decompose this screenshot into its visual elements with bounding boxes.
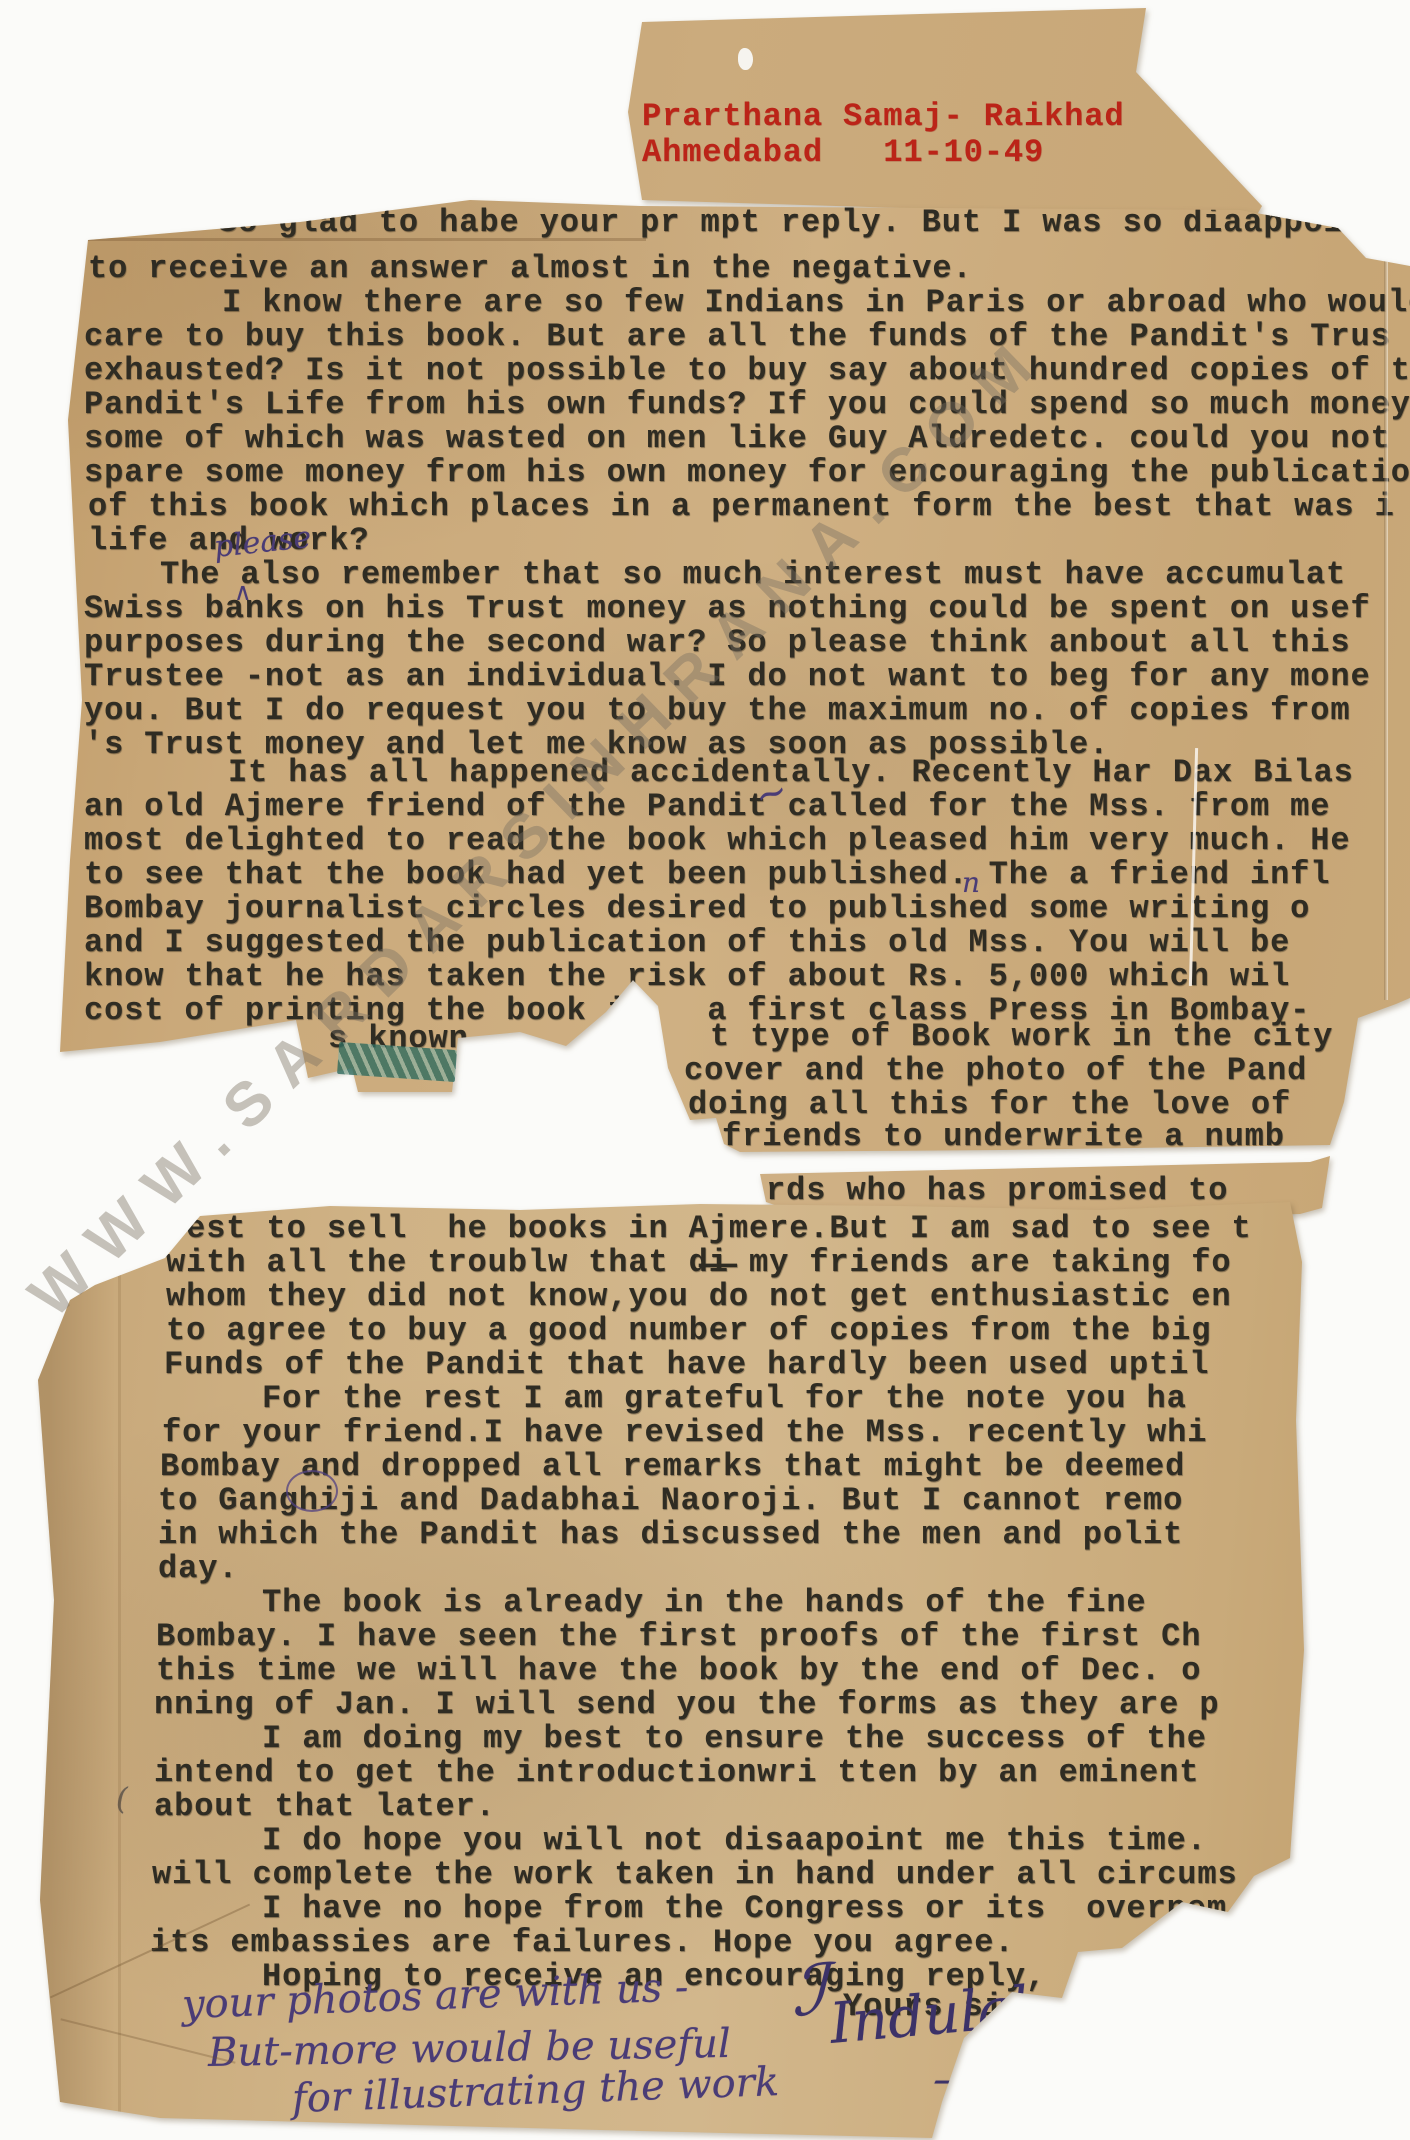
handwritten-note: But-more would be useful	[208, 2021, 732, 2076]
typed-closing: Yours sinc	[843, 1990, 1044, 2024]
paper-fragment-main: So glad to habe your pr mpt reply. But I…	[0, 0, 1410, 2140]
typed-line: I do hope you will not disaapoint me thi…	[262, 1824, 1207, 1858]
typed-line: whom they did not know,you do not get en…	[166, 1280, 1231, 1314]
typed-line: most delighted to read the book which pl…	[84, 824, 1351, 858]
stamp-line-2: Ahmedabad 11-10-49	[642, 136, 1044, 170]
fold-line	[86, 238, 646, 241]
stamp-line-1: Prarthana Samaj- Raikhad	[642, 100, 1124, 134]
typed-line: for your friend.I have revised the Mss. …	[162, 1416, 1207, 1450]
typed-line: Funds of the Pandit that have hardly bee…	[164, 1348, 1209, 1382]
handwritten-insert: please	[212, 520, 313, 565]
typed-line: with all the troublw that d̶i̶ my friend…	[166, 1246, 1231, 1280]
typed-line: you. But I do request you to buy the max…	[84, 694, 1351, 728]
typed-line: of this book which places in a permanent…	[88, 490, 1395, 524]
signature: Indulal	[827, 1975, 1031, 2057]
typed-line: Pandit's Life from his own funds? If you…	[84, 388, 1410, 422]
tape-fragment	[337, 1042, 457, 1082]
typed-line: I know there are so few Indians in Paris…	[222, 286, 1410, 320]
typed-line: I have no hope from the Congress or its …	[262, 1892, 1227, 1926]
handwritten-squiggle: ~	[749, 767, 793, 819]
typed-line: The book is already in the hands of the …	[262, 1586, 1147, 1620]
signature-dash: —	[930, 2054, 1044, 2105]
handwritten-caret: ∧	[234, 578, 252, 606]
typed-line: in which the Pandit has discussed the me…	[158, 1518, 1183, 1552]
watermark: WWW.SARDARSINHRANA.COM	[15, 319, 1060, 1331]
signature-flourish: ℐ	[792, 1948, 826, 2032]
typed-line: know that he has taken the risk of about…	[84, 960, 1290, 994]
paper-fragment-main-wrapper: So glad to habe your pr mpt reply. But I…	[0, 0, 1410, 2140]
crease	[118, 1212, 121, 2112]
typed-line: an old Ajmere friend of the Pandit calle…	[84, 790, 1330, 824]
typed-line: life and work?	[88, 524, 369, 558]
crease	[1384, 212, 1388, 1000]
typed-line: about that later.	[154, 1790, 496, 1824]
crease	[50, 1904, 250, 1999]
typed-line: day.	[158, 1552, 238, 1586]
typed-line: best to sell he books in Ajmere.But I am…	[166, 1212, 1252, 1246]
typed-line: this time we will have the book by the e…	[156, 1654, 1201, 1688]
typed-line: cost of printing the book i a first clas…	[84, 994, 1310, 1028]
typed-line: exhausted? Is it not possible to buy say…	[84, 354, 1410, 388]
typed-line: The also remember that so much interest …	[160, 558, 1346, 592]
typed-line: and I suggested the publication of this …	[84, 926, 1290, 960]
typed-line: intend to get the introductionwri tten b…	[154, 1756, 1199, 1790]
handwritten-note: your photos are with us -	[181, 1964, 689, 2028]
paper-fragment-bottom: best to sell he books in Ajmere.But I am…	[0, 0, 1410, 2140]
typed-line: purposes during the second war? So pleas…	[84, 626, 1351, 660]
tear-crack	[1189, 748, 1198, 986]
typed-line-torn: doing all this for the love of	[688, 1088, 1291, 1122]
typed-line: to see that the book had yet been publis…	[84, 858, 1330, 892]
typed-line: to agree to buy a good number of copies …	[166, 1314, 1211, 1348]
paper-fragment-strip-wrapper: rds who has promised to	[0, 0, 1410, 2140]
typed-line: 's Trust money and let me know as soon a…	[84, 728, 1109, 762]
typed-line: For the rest I am grateful for the note …	[262, 1382, 1187, 1416]
typed-line: Swiss banks on his Trust money as nothin…	[84, 592, 1371, 626]
typed-line: some of which was wasted on men like Guy…	[84, 422, 1391, 456]
paper-fragment-bottom-wrapper: best to sell he books in Ajmere.But I am…	[0, 0, 1410, 2140]
handwritten-paren: (	[116, 1782, 128, 1817]
paper-fragment-top-wrapper: Prarthana Samaj- Raikhad Ahmedabad 11-10…	[0, 0, 1410, 2140]
scanned-letter-canvas: Prarthana Samaj- Raikhad Ahmedabad 11-10…	[0, 0, 1410, 2140]
typed-line: spare some money from his own money for …	[84, 456, 1410, 490]
typed-line-torn: friends to underwrite a numb	[722, 1120, 1285, 1154]
paper-fragment-top: Prarthana Samaj- Raikhad Ahmedabad 11-10…	[0, 0, 1410, 2140]
typed-line: nning of Jan. I will send you the forms …	[154, 1688, 1219, 1722]
typed-line: to receive an answer almost in the negat…	[88, 252, 973, 286]
crease	[60, 2018, 235, 2063]
typed-line: Hoping to receive an encouraging reply,	[262, 1960, 1046, 1994]
typed-line-torn: cover and the photo of the Pand	[684, 1054, 1307, 1088]
typed-line: care to buy this book. But are all the f…	[84, 320, 1391, 354]
typed-line: Trustee -not as an individual. I do not …	[84, 660, 1371, 694]
typed-line: its embassies are failures. Hope you agr…	[150, 1926, 1014, 1960]
typed-line-torn: rds who has promised to	[766, 1174, 1228, 1208]
typed-line: I am doing my best to ensure the success…	[262, 1722, 1207, 1756]
ink-circle-annotation	[286, 1470, 338, 1512]
paper-fragment-strip: rds who has promised to	[0, 0, 1410, 2140]
typed-line: will complete the work taken in hand und…	[152, 1858, 1238, 1892]
handwritten-n-mark: n	[962, 866, 980, 899]
typed-line: Bombay. I have seen the first proofs of …	[156, 1620, 1201, 1654]
typed-line: So glad to habe your pr mpt reply. But I…	[218, 206, 1344, 240]
handwritten-note: for illustrating the work	[291, 2059, 780, 2122]
paper-hole	[738, 48, 753, 70]
typed-line: Bombay journalist circles desired to pub…	[84, 892, 1310, 926]
typed-line: It has all happened accidentally. Recent…	[228, 756, 1354, 790]
typed-line-torn: t type of Book work in the city	[710, 1020, 1333, 1054]
